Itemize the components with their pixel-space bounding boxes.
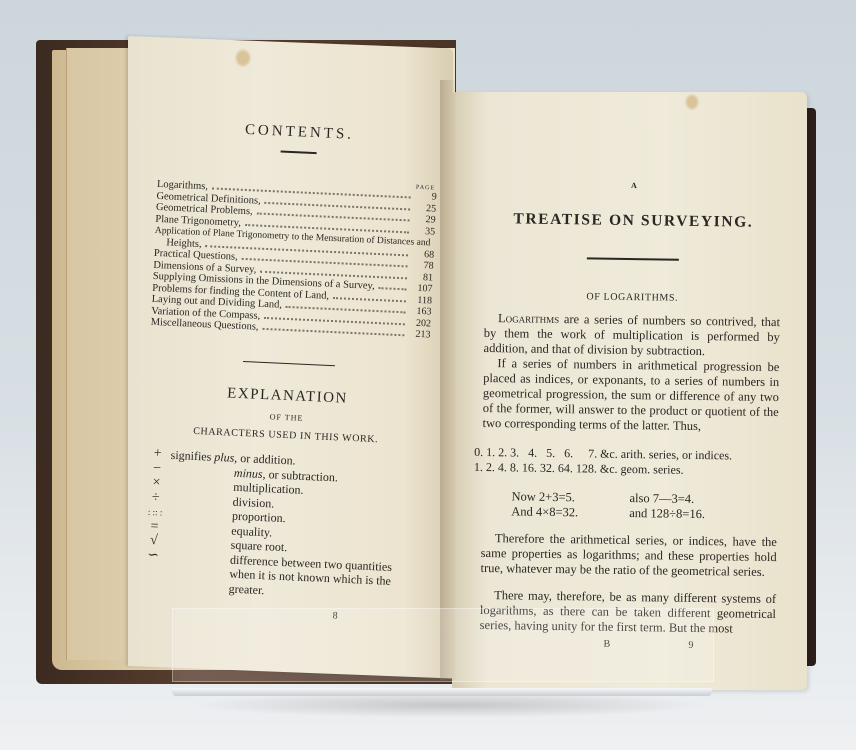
divider bbox=[587, 257, 679, 260]
times-symbol: × bbox=[143, 476, 170, 492]
square-root-symbol: √ bbox=[140, 534, 167, 550]
foxing-stain bbox=[686, 95, 698, 109]
equation: Now 2+3=5. bbox=[511, 489, 629, 506]
geometric-series: 1. 2. 4. 8. 16. 32. 64. 128. &c. geom. s… bbox=[474, 459, 778, 478]
book-title: TREATISE ON SURVEYING. bbox=[485, 211, 781, 230]
acrylic-book-stand bbox=[172, 608, 714, 682]
divide-symbol: ÷ bbox=[142, 490, 169, 506]
section-heading: OF LOGARITHMS. bbox=[484, 287, 780, 306]
table-of-contents: Logarithms,9 Geometrical Definitions,25 … bbox=[150, 179, 436, 341]
equation: And 4×8=32. bbox=[511, 504, 629, 521]
paragraph: If a series of numbers in arithmetical p… bbox=[482, 355, 779, 434]
title-article: A bbox=[486, 176, 782, 195]
divider bbox=[243, 361, 335, 367]
right-page-text: A TREATISE ON SURVEYING. OF LOGARITHMS. … bbox=[479, 176, 782, 654]
explanation-subheading-2: CHARACTERS USED IN THIS WORK. bbox=[146, 424, 426, 448]
left-page-text: CONTENTS. PAGE Logarithms,9 Geometrical … bbox=[138, 118, 440, 625]
proportion-symbol: : :: : bbox=[142, 505, 169, 521]
explanation-heading: EXPLANATION bbox=[147, 382, 427, 412]
book-gutter bbox=[440, 80, 464, 680]
divider bbox=[281, 151, 317, 155]
character-list: + signifies plus, or addition. − minus, … bbox=[138, 447, 424, 605]
equation: and 128÷8=16. bbox=[629, 506, 769, 523]
difference-symbol: ∽ bbox=[138, 548, 166, 593]
plus-symbol: + bbox=[144, 447, 171, 463]
paragraph: Therefore the arithmetical series, or in… bbox=[480, 530, 777, 579]
stand-lip bbox=[172, 688, 712, 696]
foxing-stain bbox=[236, 50, 250, 66]
book-scene: CONTENTS. PAGE Logarithms,9 Geometrical … bbox=[0, 0, 856, 750]
equation-examples: Now 2+3=5. also 7—3=4. And 4×8=32. and 1… bbox=[511, 489, 777, 523]
paragraph: Logarithms are a series of numbers so co… bbox=[483, 310, 780, 359]
